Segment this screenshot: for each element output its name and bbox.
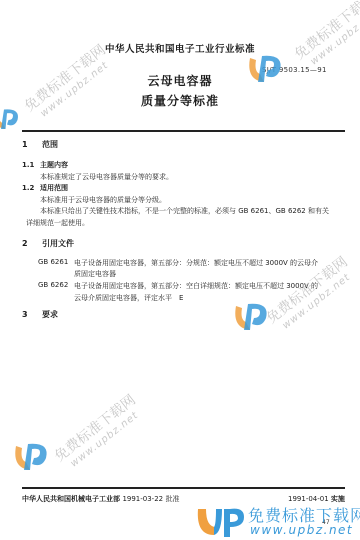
section-title: 范围 [42, 140, 58, 149]
section-1-2-heading: 1.2适用范围 [22, 183, 68, 193]
section-1-2-text2-line1: 本标准只给出了关键性技术指标，不是一个完整的标准，必须与 GB 6261、GB … [40, 206, 329, 216]
issuing-organization: 中华人民共和国电子工业行业标准 [0, 41, 360, 55]
reference-code: GB 6261 [38, 258, 68, 266]
section-1-heading: 1范围 [22, 139, 58, 150]
watermark-logo-icon [12, 440, 52, 476]
header-divider [22, 130, 345, 132]
site-brand-watermark: 免费标准下载网 www.upbz.net [196, 505, 246, 540]
reference-title-line2: 质固定电容器 [74, 269, 116, 279]
section-2-heading: 2引用文件 [22, 238, 74, 249]
section-title: 引用文件 [42, 239, 74, 248]
reference-title-line1: 电子设备用固定电容器，第五部分：空白详细规范：额定电压不超过 3000V 的 [74, 281, 318, 291]
document-title-line2: 质量分等标准 [0, 92, 360, 109]
section-number: 1.1 [22, 161, 40, 169]
watermark-url: www.upbz.net [281, 267, 359, 331]
reference-title-line2: 云母介质固定电容器，评定水平 E [74, 293, 183, 303]
reference-code: GB 6262 [38, 281, 68, 289]
section-number: 2 [22, 239, 42, 248]
watermark-logo-icon [0, 105, 22, 135]
approval-info: 中华人民共和国机械电子工业部 1991-03-22 批准 [22, 494, 180, 504]
watermark-url: www.upbz.net [309, 3, 360, 67]
section-1-1-heading: 1.1主题内容 [22, 160, 68, 170]
section-1-1-text: 本标准规定了云母电容器质量分等的要求。 [40, 172, 173, 182]
watermark-text: 免费标准下载网 www.upbz.net [50, 390, 146, 475]
approve-date: 1991-03-22 [122, 495, 163, 503]
watermark-url: www.upbz.net [69, 405, 147, 469]
approve-word: 批准 [166, 495, 180, 503]
section-number: 1 [22, 140, 42, 149]
section-1-2-text2-line2: 详细规范一起使用。 [26, 218, 89, 228]
brand-url-text: www.upbz.net [250, 523, 353, 537]
watermark-text: 免费标准下载网 www.upbz.net [290, 0, 360, 72]
reference-title-line1: 电子设备用固定电容器，第五部分：分规范：额定电压不超过 3000V 的云母介 [74, 258, 318, 268]
section-title: 主题内容 [40, 161, 68, 169]
section-1-2-text1: 本标准用于云母电容器的质量分等分级。 [40, 195, 166, 205]
document-page: 中华人民共和国电子工业行业标准 SJ/T 9503.15—91 云母电容器 质量… [0, 0, 360, 540]
section-3-heading: 3要求 [22, 309, 58, 320]
up-logo-icon [196, 505, 246, 539]
implementation-word: 实施 [331, 495, 345, 503]
document-title-line1: 云母电容器 [0, 72, 360, 89]
implementation-date: 1991-04-01 [288, 495, 329, 503]
watermark-cn: 免费标准下载网 [50, 390, 140, 466]
approver: 中华人民共和国机械电子工业部 [22, 495, 120, 503]
section-title: 适用范围 [40, 184, 68, 192]
section-title: 要求 [42, 310, 58, 319]
watermark-logo-icon [232, 300, 272, 336]
footer-divider [22, 487, 345, 489]
section-number: 1.2 [22, 184, 40, 192]
section-number: 3 [22, 310, 42, 319]
